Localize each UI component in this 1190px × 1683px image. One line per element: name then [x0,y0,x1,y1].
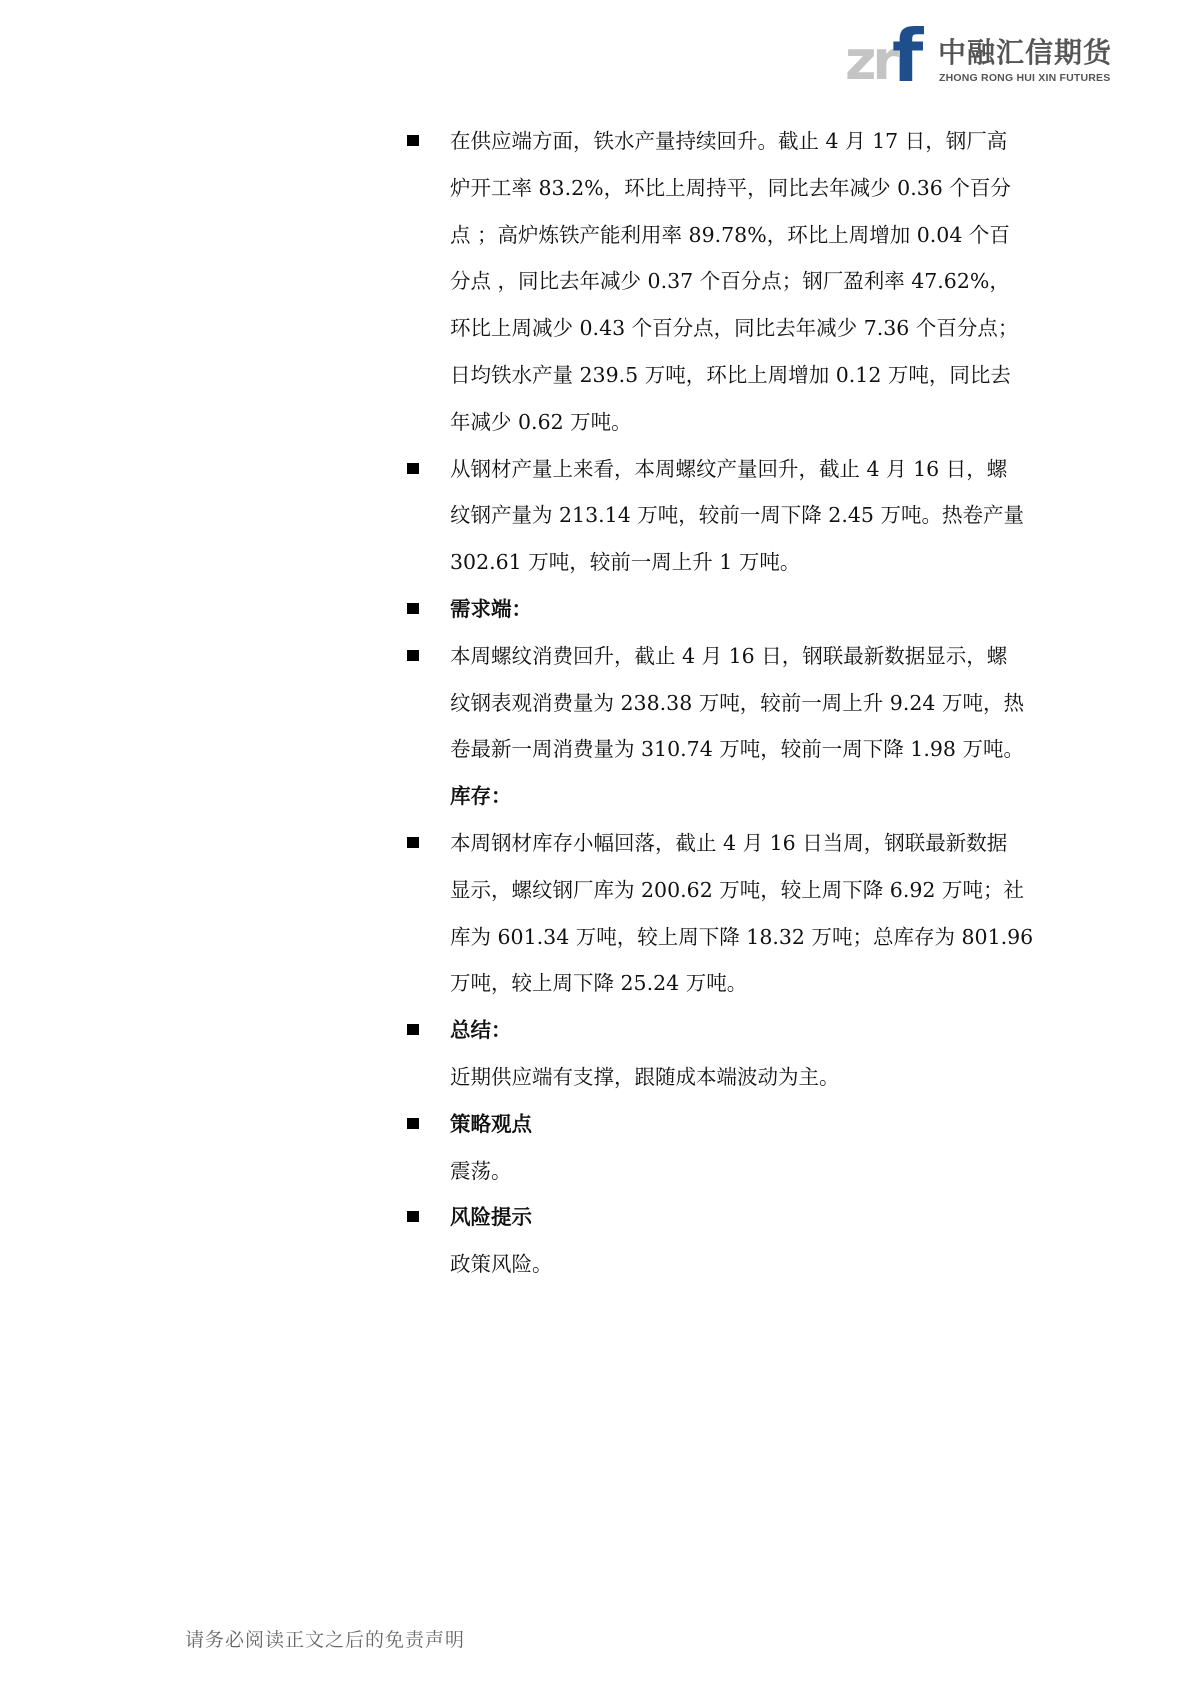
text-line: 纹钢表观消费量为 238.38 万吨，较前一周上升 9.24 万吨，热 [450,680,1027,727]
text-line: 炉开工率 83.2%，环比上周持平，同比去年减少 0.36 个百分 [450,165,1027,212]
company-logo: zr f 中融汇信期货 ZHONG RONG HUI XIN FUTURES [845,26,1125,88]
heading-summary: 总结： [407,1007,1027,1054]
square-bullet-icon [407,603,419,614]
paragraph-demand: 本周螺纹消费回升，截止 4 月 16 日，钢联最新数据显示，螺 纹钢表观消费量为… [407,633,1027,773]
text-line: 卷最新一周消费量为 310.74 万吨，较前一周下降 1.98 万吨。 [450,726,1027,773]
heading-risk: 风险提示 [407,1194,1027,1241]
section-heading: 总结： [450,1007,1027,1054]
footer-disclaimer: 请务必阅读正文之后的免责声明 [185,1625,465,1652]
text-line: 政策风险。 [450,1241,1027,1288]
text-line: 万吨，较上周下降 25.24 万吨。 [450,960,1027,1007]
heading-inventory: 库存： [407,773,1027,820]
section-heading: 库存： [450,773,1027,820]
text-line: 显示，螺纹钢厂库为 200.62 万吨，较上周下降 6.92 万吨；社 [450,867,1027,914]
company-name-cn: 中融汇信期货 [938,38,1112,68]
text-line: 年减少 0.62 万吨。 [450,399,1027,446]
text-line: 在供应端方面，铁水产量持续回升。截止 4 月 17 日，钢厂高 [450,118,1027,165]
square-bullet-icon [407,1211,419,1222]
paragraph-inventory: 本周钢材库存小幅回落，截止 4 月 16 日当周，钢联最新数据 显示，螺纹钢厂库… [407,820,1027,1007]
text-line: 库为 601.34 万吨，较上周下降 18.32 万吨；总库存为 801.96 [450,914,1027,961]
report-body: 在供应端方面，铁水产量持续回升。截止 4 月 17 日，钢厂高 炉开工率 83.… [407,118,1027,1288]
square-bullet-icon [407,837,419,848]
text-line: 日均铁水产量 239.5 万吨，环比上周增加 0.12 万吨，同比去 [450,352,1027,399]
paragraph-steel-output: 从钢材产量上来看，本周螺纹产量回升，截止 4 月 16 日，螺 纹钢产量为 21… [407,446,1027,586]
section-heading: 风险提示 [450,1194,1027,1241]
text-line: 点 ；高炉炼铁产能利用率 89.78%，环比上周增加 0.04 个百 [450,212,1027,259]
text-line: 从钢材产量上来看，本周螺纹产量回升，截止 4 月 16 日，螺 [450,446,1027,493]
section-heading: 需求端： [450,586,1027,633]
paragraph-strategy: 震荡。 [407,1148,1027,1195]
text-line: 302.61 万吨，较前一周上升 1 万吨。 [450,539,1027,586]
paragraph-risk: 政策风险。 [407,1241,1027,1288]
logo-mark-f: f [892,20,923,92]
square-bullet-icon [407,650,419,661]
paragraph-summary: 近期供应端有支撑，跟随成本端波动为主。 [407,1054,1027,1101]
text-line: 纹钢产量为 213.14 万吨，较前一周下降 2.45 万吨。热卷产量 [450,492,1027,539]
square-bullet-icon [407,135,419,146]
square-bullet-icon [407,1118,419,1129]
heading-demand: 需求端： [407,586,1027,633]
text-line: 震荡。 [450,1148,1027,1195]
text-line: 环比上周减少 0.43 个百分点，同比去年减少 7.36 个百分点； [450,305,1027,352]
logo-mark-zr: zr [845,34,895,88]
section-heading: 策略观点 [450,1101,1027,1148]
square-bullet-icon [407,1024,419,1035]
text-line: 近期供应端有支撑，跟随成本端波动为主。 [450,1054,1027,1101]
text-line: 本周螺纹消费回升，截止 4 月 16 日，钢联最新数据显示，螺 [450,633,1027,680]
square-bullet-icon [407,463,419,474]
text-line: 分点 ，同比去年减少 0.37 个百分点；钢厂盈利率 47.62%， [450,258,1027,305]
text-line: 本周钢材库存小幅回落，截止 4 月 16 日当周，钢联最新数据 [450,820,1027,867]
paragraph-supply: 在供应端方面，铁水产量持续回升。截止 4 月 17 日，钢厂高 炉开工率 83.… [407,118,1027,446]
heading-strategy: 策略观点 [407,1101,1027,1148]
company-name-en: ZHONG RONG HUI XIN FUTURES [939,72,1110,84]
zrf-logo-mark: zr f [845,26,937,88]
